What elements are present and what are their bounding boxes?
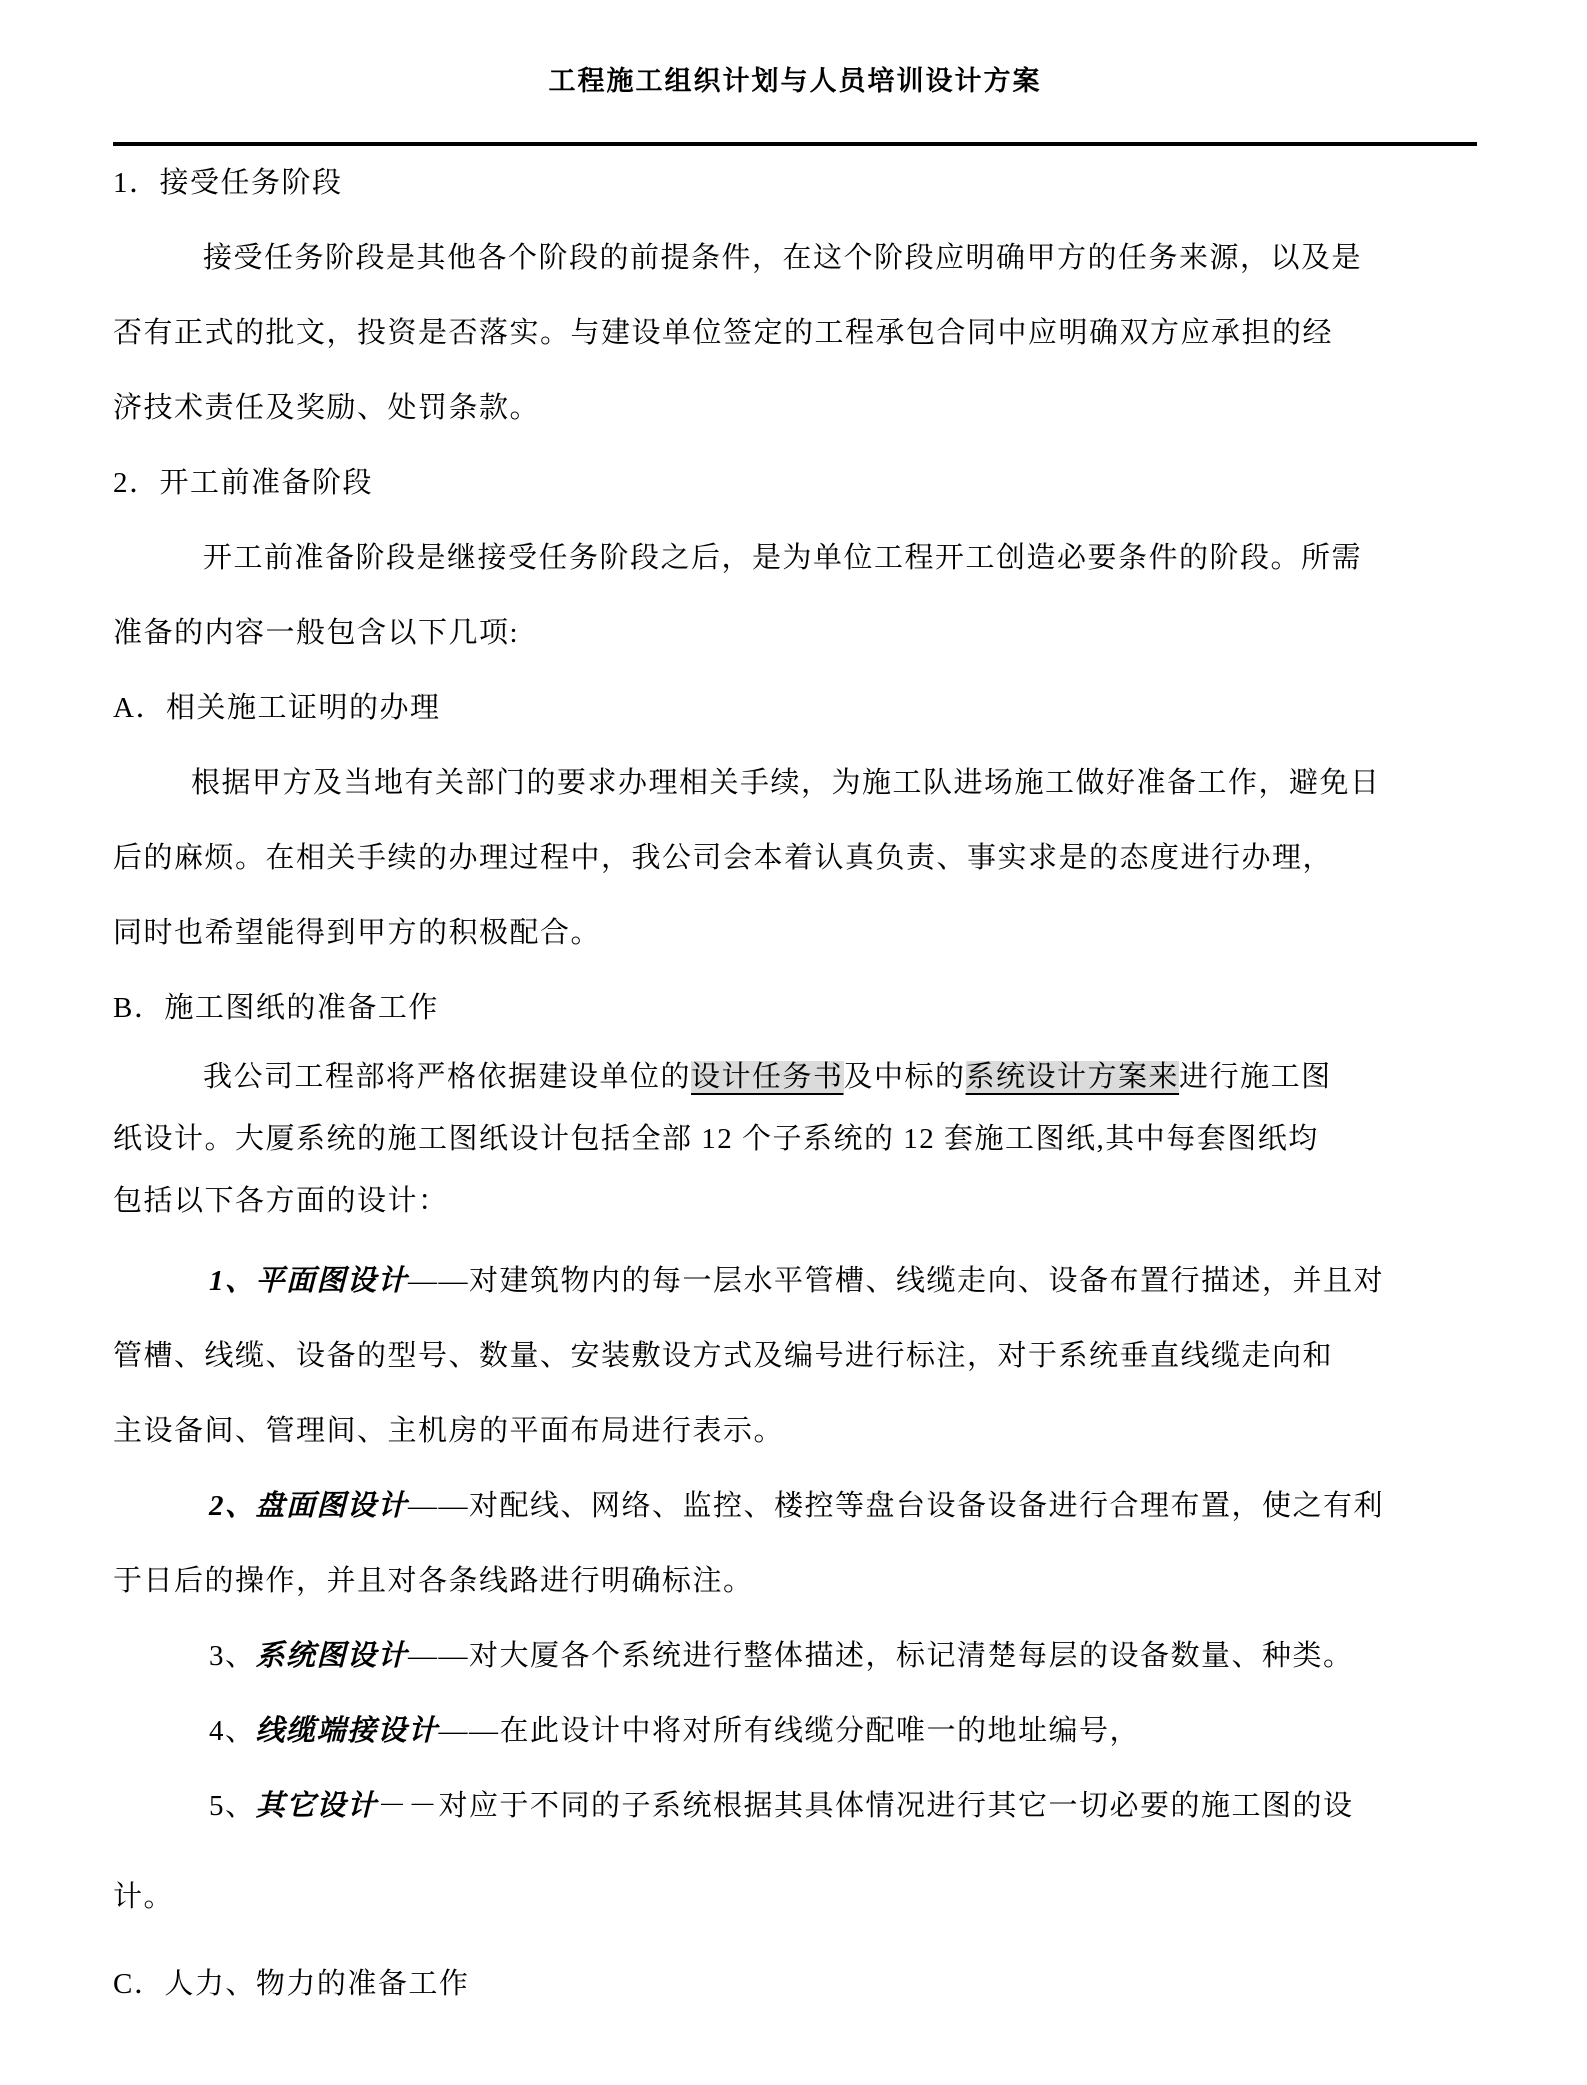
list-item: 3、系统图设计——对大厦各个系统进行整体描述，标记清楚每层的设备数量、种类。	[113, 1619, 1477, 1694]
item-number: 5、	[209, 1790, 256, 1822]
item-number: 4、	[209, 1715, 256, 1747]
highlighted-term-design-task-book: 设计任务书	[691, 1061, 844, 1093]
item-text: 对配线、网络、监控、楼控等盘台设备设备进行合理布置，使之有利	[469, 1490, 1384, 1522]
paragraph-line: 主设备间、管理间、主机房的平面布局进行表示。	[113, 1394, 1477, 1469]
item-text: 对应于不同的子系统根据其具体情况进行其它一切必要的施工图的设	[439, 1790, 1354, 1822]
paragraph-line: 否有正式的批文，投资是否落实。与建设单位签定的工程承包合同中应明确双方应承担的经	[113, 296, 1477, 371]
item-number: 1、	[209, 1265, 256, 1297]
item-name: 其它设计	[256, 1790, 378, 1822]
item-name: 线缆端接设计	[256, 1715, 439, 1747]
item-name: 系统图设计	[256, 1640, 409, 1672]
list-item: 1、平面图设计——对建筑物内的每一层水平管槽、线缆走向、设备布置行描述，并且对	[113, 1244, 1477, 1319]
list-item: 2、盘面图设计——对配线、网络、监控、楼控等盘台设备设备进行合理布置，使之有利	[113, 1469, 1477, 1544]
item-text: 对大厦各个系统进行整体描述，标记清楚每层的设备数量、种类。	[469, 1640, 1354, 1672]
section-2-heading: 2．开工前准备阶段	[113, 446, 1477, 521]
intro-text: 及中标的	[844, 1061, 966, 1093]
page-title: 工程施工组织计划与人员培训设计方案	[113, 64, 1477, 98]
list-item: 4、线缆端接设计——在此设计中将对所有线缆分配唯一的地址编号，	[113, 1694, 1477, 1769]
paragraph-line: 包括以下各方面的设计：	[113, 1170, 1477, 1232]
subsection-a-heading: A．相关施工证明的办理	[113, 671, 1477, 746]
intro-text: 我公司工程部将严格依据建设单位的	[203, 1061, 691, 1093]
item-name: 盘面图设计	[256, 1490, 409, 1522]
item-number: 3、	[209, 1640, 256, 1672]
item-text: 对建筑物内的每一层水平管槽、线缆走向、设备布置行描述，并且对	[469, 1265, 1384, 1297]
paragraph-line: 济技术责任及奖励、处罚条款。	[113, 371, 1477, 446]
paragraph-line: 接受任务阶段是其他各个阶段的前提条件，在这个阶段应明确甲方的任务来源，以及是	[113, 221, 1477, 296]
intro-text: 进行施工图	[1179, 1061, 1332, 1093]
item-dash: ——	[408, 1490, 469, 1522]
subsection-b-heading: B．施工图纸的准备工作	[113, 971, 1477, 1046]
paragraph-line: 开工前准备阶段是继接受任务阶段之后，是为单位工程开工创造必要条件的阶段。所需	[113, 521, 1477, 596]
paragraph-line: 准备的内容一般包含以下几项:	[113, 596, 1477, 671]
document-page: 工程施工组织计划与人员培训设计方案 1．接受任务阶段 接受任务阶段是其他各个阶段…	[0, 0, 1587, 2085]
paragraph-line: 管槽、线缆、设备的型号、数量、安装敷设方式及编号进行标注，对于系统垂直线缆走向和	[113, 1319, 1477, 1394]
item-dash: ——	[439, 1715, 500, 1747]
paragraph-line: 计。	[113, 1860, 1477, 1935]
document-content: 工程施工组织计划与人员培训设计方案 1．接受任务阶段 接受任务阶段是其他各个阶段…	[0, 0, 1587, 2022]
paragraph-line: 于日后的操作，并且对各条线路进行明确标注。	[113, 1544, 1477, 1619]
paragraph-line: 同时也希望能得到甲方的积极配合。	[113, 896, 1477, 971]
item-dash: ——	[408, 1265, 469, 1297]
subsection-c-heading: C．人力、物力的准备工作	[113, 1947, 1477, 2022]
highlighted-term-system-design-plan: 系统设计方案来	[966, 1061, 1180, 1093]
paragraph-line: 我公司工程部将严格依据建设单位的设计任务书及中标的系统设计方案来进行施工图	[113, 1046, 1477, 1108]
section-1-heading: 1．接受任务阶段	[113, 146, 1477, 221]
paragraph-line: 根据甲方及当地有关部门的要求办理相关手续，为施工队进场施工做好准备工作，避免日	[113, 746, 1477, 821]
paragraph-line: 后的麻烦。在相关手续的办理过程中，我公司会本着认真负责、事实求是的态度进行办理，	[113, 821, 1477, 896]
item-dash: ——	[408, 1640, 469, 1672]
item-dash: －－	[378, 1790, 439, 1822]
item-name: 平面图设计	[256, 1265, 409, 1297]
paragraph-line: 纸设计。大厦系统的施工图纸设计包括全部 12 个子系统的 12 套施工图纸,其中…	[113, 1108, 1477, 1170]
item-text: 在此设计中将对所有线缆分配唯一的地址编号，	[500, 1715, 1141, 1747]
list-item: 5、其它设计－－对应于不同的子系统根据其具体情况进行其它一切必要的施工图的设	[113, 1769, 1477, 1844]
item-number: 2、	[209, 1490, 256, 1522]
